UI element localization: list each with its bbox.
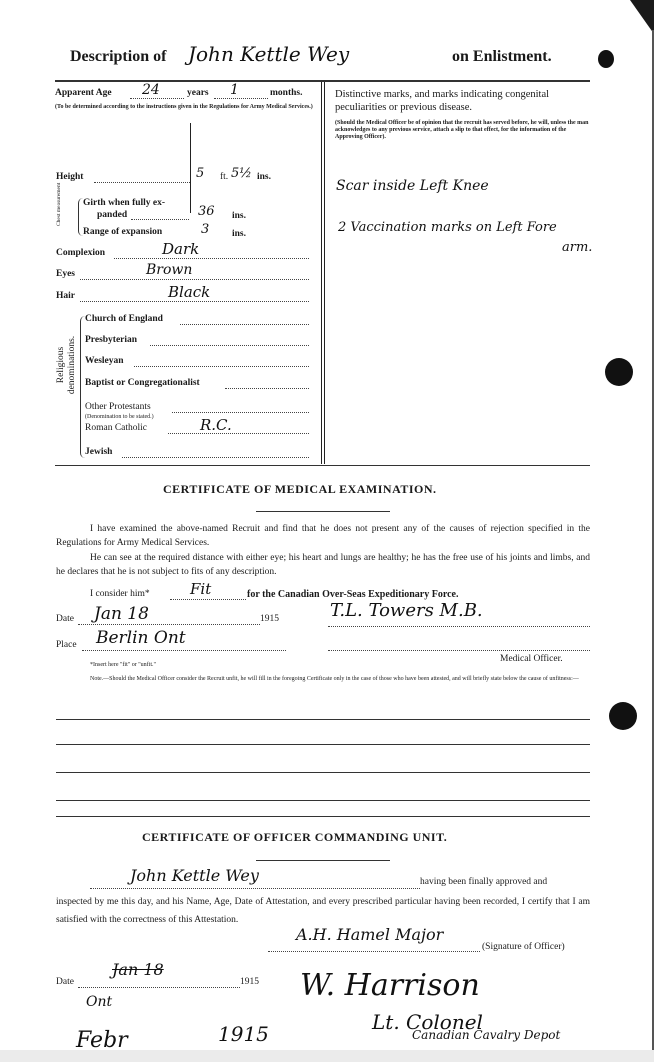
unfit-note: Note.—Should the Medical Officer conside… bbox=[56, 676, 590, 683]
age-label: Apparent Age bbox=[55, 88, 112, 98]
place-label: Place bbox=[56, 640, 77, 650]
unfit-line-4 bbox=[56, 800, 590, 801]
marks-line-3: arm. bbox=[562, 240, 592, 255]
ins-label: ins. bbox=[257, 172, 271, 182]
girth-dots bbox=[131, 219, 189, 220]
place-value: Berlin Ont bbox=[96, 628, 186, 648]
officer-recruit-name: John Kettle Wey bbox=[130, 866, 259, 885]
hair-label: Hair bbox=[56, 291, 75, 301]
height-label: Height bbox=[56, 172, 83, 182]
years-label: years bbox=[187, 88, 209, 98]
hair-dots bbox=[80, 301, 309, 302]
religion-dots-4 bbox=[172, 412, 309, 413]
medical-officer-label: Medical Officer. bbox=[500, 654, 563, 664]
officer-sig-dots bbox=[268, 951, 480, 952]
value-divider bbox=[190, 123, 191, 213]
range-ins: ins. bbox=[232, 229, 246, 239]
med-date-dots bbox=[78, 624, 260, 625]
ft-label: ft. bbox=[220, 172, 228, 182]
punch-hole-lower bbox=[609, 702, 637, 730]
months-dots bbox=[214, 98, 268, 99]
consider-label: I consider him* bbox=[90, 589, 150, 599]
punch-hole-upper bbox=[605, 358, 633, 386]
officer-para-1: having been finally approved and bbox=[420, 877, 547, 887]
insert-note: *Insert here "fit" or "unfit." bbox=[90, 662, 156, 669]
medical-para-1: I have examined the above-named Recruit … bbox=[56, 522, 590, 550]
religion-group-label: Religious denominations. bbox=[56, 310, 78, 420]
title-suffix: on Enlistment. bbox=[452, 48, 552, 66]
medical-heading: CERTIFICATE OF MEDICAL EXAMINATION. bbox=[163, 482, 437, 497]
title-rule bbox=[55, 80, 590, 82]
officer-date-dots bbox=[78, 987, 240, 988]
page-corner-shadow bbox=[630, 0, 654, 34]
girth-value: 36 bbox=[198, 204, 215, 219]
months-label: months. bbox=[270, 88, 302, 98]
column-divider-2 bbox=[324, 82, 325, 464]
unfit-line-3 bbox=[56, 772, 590, 773]
age-years: 24 bbox=[142, 82, 160, 98]
religion-baptist: Baptist or Congregationalist bbox=[85, 378, 200, 388]
age-months: 1 bbox=[230, 82, 239, 98]
officer-signature-1: A.H. Hamel Major bbox=[296, 925, 443, 944]
unfit-line-2 bbox=[56, 744, 590, 745]
med-sig-dots bbox=[328, 626, 590, 627]
officer-year: 1915 bbox=[240, 977, 259, 987]
officer-signature-label: (Signature of Officer) bbox=[482, 942, 565, 952]
religion-dots-0 bbox=[180, 324, 309, 325]
eyes-dots bbox=[80, 279, 309, 280]
other-protestants-note: (Denomination to be stated.) bbox=[85, 414, 154, 421]
chest-group-label: Chest measurement bbox=[56, 188, 62, 226]
complexion-label: Complexion bbox=[56, 248, 105, 258]
range-value: 3 bbox=[201, 222, 209, 237]
officer-name-dots bbox=[90, 888, 420, 889]
marks-heading: Distinctive marks, and marks indicating … bbox=[335, 88, 590, 114]
religion-other-protestants: Other Protestants bbox=[85, 402, 151, 412]
range-label: Range of expansion bbox=[83, 227, 162, 237]
religion-label-1: Religious bbox=[56, 310, 67, 420]
med-date-value: Jan 18 bbox=[94, 604, 149, 624]
height-in: 5½ bbox=[231, 166, 252, 181]
religion-church-of-england: Church of England bbox=[85, 314, 163, 324]
marks-line-1: Scar inside Left Knee bbox=[336, 178, 489, 194]
fit-dots bbox=[170, 599, 246, 600]
officer-heading-rule bbox=[256, 860, 390, 861]
marks-note: (Should the Medical Officer be of opinio… bbox=[335, 120, 590, 141]
religion-dots-6 bbox=[122, 457, 309, 458]
force-label: for the Canadian Over-Seas Expeditionary… bbox=[247, 589, 458, 600]
officer-heading: CERTIFICATE OF OFFICER COMMANDING UNIT. bbox=[142, 830, 447, 845]
ink-blot bbox=[598, 50, 614, 68]
place-dots bbox=[82, 650, 286, 651]
officer-signature-2: W. Harrison bbox=[300, 968, 480, 1003]
officer-unit: Canadian Cavalry Depot bbox=[412, 1028, 560, 1042]
officer-date-label: Date bbox=[56, 977, 74, 987]
med-year: 1915 bbox=[260, 614, 279, 624]
girth-label-1: Girth when fully ex- bbox=[83, 198, 165, 208]
officer-place-value: Ont bbox=[86, 994, 112, 1010]
age-note: (To be determined according to the instr… bbox=[55, 104, 313, 111]
eyes-value: Brown bbox=[146, 262, 192, 278]
religion-label-2: denominations. bbox=[67, 310, 78, 420]
religion-dots-3 bbox=[225, 388, 309, 389]
age-dots bbox=[130, 98, 184, 99]
religion-dots-1 bbox=[150, 345, 309, 346]
med-date-label: Date bbox=[56, 614, 74, 624]
unfit-line-5 bbox=[56, 816, 590, 817]
medical-para-2: He can see at the required distance with… bbox=[56, 551, 590, 579]
religion-roman-catholic-value: R.C. bbox=[200, 416, 232, 434]
med-sig-dots-2 bbox=[328, 650, 590, 651]
title-prefix: Description of bbox=[70, 48, 166, 66]
religion-presbyterian: Presbyterian bbox=[85, 335, 137, 345]
unfit-line-1 bbox=[56, 719, 590, 720]
height-ft: 5 bbox=[196, 166, 204, 181]
hair-value: Black bbox=[168, 283, 210, 301]
section-rule bbox=[55, 465, 590, 466]
recruit-name: John Kettle Wey bbox=[188, 42, 349, 66]
complexion-dots bbox=[114, 258, 309, 259]
girth-label-2: panded bbox=[97, 210, 127, 220]
religion-roman-catholic: Roman Catholic bbox=[85, 423, 147, 433]
column-divider bbox=[321, 82, 322, 464]
fit-value: Fit bbox=[190, 580, 211, 598]
medical-heading-rule bbox=[256, 511, 390, 512]
medical-signature: T.L. Towers M.B. bbox=[330, 600, 483, 621]
officer-date-2: Febr bbox=[76, 1028, 128, 1053]
religion-dots-5 bbox=[168, 433, 309, 434]
eyes-label: Eyes bbox=[56, 269, 75, 279]
height-dots bbox=[94, 182, 190, 183]
officer-year-2: 1915 bbox=[218, 1022, 269, 1046]
girth-ins: ins. bbox=[232, 211, 246, 221]
attestation-page: Description of John Kettle Wey on Enlist… bbox=[0, 0, 654, 1050]
religion-wesleyan: Wesleyan bbox=[85, 356, 124, 366]
religion-jewish: Jewish bbox=[85, 447, 112, 457]
religion-dots-2 bbox=[134, 366, 309, 367]
officer-date-value: Jan 18 bbox=[112, 960, 164, 979]
marks-line-2: 2 Vaccination marks on Left Fore bbox=[338, 220, 557, 235]
complexion-value: Dark bbox=[162, 240, 199, 258]
officer-para-2: inspected by me this day, and his Name, … bbox=[56, 893, 590, 929]
